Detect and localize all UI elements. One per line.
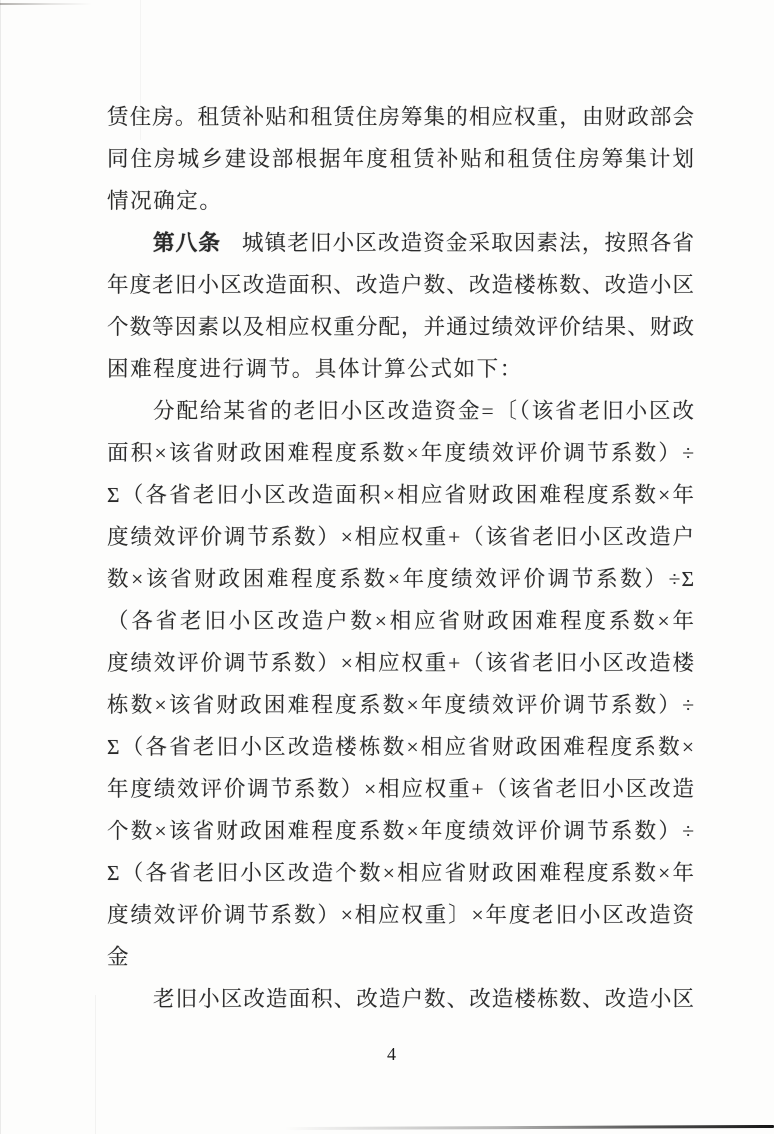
text-line: 困难程度进行调节。具体计算公式如下： <box>107 348 695 390</box>
text-line: 个数等因素以及相应权重分配，并通过绩效评价结果、财政 <box>107 306 695 348</box>
formula-line: 分配给某省的老旧小区改造资金=〔（该省老旧小区改造 <box>107 390 695 432</box>
formula-line: 年度绩效评价调节系数）×相应权重+（该省老旧小区改造 <box>107 768 695 810</box>
document-body: 赁住房。租赁补贴和租赁住房筹集的相应权重，由财政部会 同住房城乡建设部根据年度租… <box>107 96 695 1020</box>
text-line: 年度老旧小区改造面积、改造户数、改造楼栋数、改造小区 <box>107 264 695 306</box>
formula-line: 数×该省财政困难程度系数×年度绩效评价调节系数）÷Σ <box>107 558 695 600</box>
formula-line: （各省老旧小区改造户数×相应省财政困难程度系数×年 <box>107 600 695 642</box>
text-line-article-8: 第八条城镇老旧小区改造资金采取因素法，按照各省 <box>107 222 695 264</box>
page-number: 4 <box>387 1044 396 1065</box>
formula-line: 度绩效评价调节系数）×相应权重〕×年度老旧小区改造资 <box>107 894 695 936</box>
text-line: 赁住房。租赁补贴和租赁住房筹集的相应权重，由财政部会 <box>107 96 695 138</box>
text-line: 同住房城乡建设部根据年度租赁补贴和租赁住房筹集计划 <box>107 138 695 180</box>
formula-line: Σ（各省老旧小区改造面积×相应省财政困难程度系数×年 <box>107 474 695 516</box>
formula-line: 面积×该省财政困难程度系数×年度绩效评价调节系数）÷ <box>107 432 695 474</box>
text-line: 老旧小区改造面积、改造户数、改造楼栋数、改造小区 <box>107 978 695 1020</box>
formula-line: Σ（各省老旧小区改造个数×相应省财政困难程度系数×年 <box>107 852 695 894</box>
scan-shadow-bottom-artifact <box>285 1125 774 1130</box>
formula-line: Σ（各省老旧小区改造楼栋数×相应省财政困难程度系数× <box>107 726 695 768</box>
formula-line: 度绩效评价调节系数）×相应权重+（该省老旧小区改造户 <box>107 516 695 558</box>
scan-edge-top-left-artifact <box>0 3 92 5</box>
formula-line: 个数×该省财政困难程度系数×年度绩效评价调节系数）÷ <box>107 810 695 852</box>
scan-streak-bottom-artifact <box>95 995 96 1134</box>
scan-edge-left-artifact <box>0 0 1 1134</box>
formula-line: 度绩效评价调节系数）×相应权重+（该省老旧小区改造楼 <box>107 642 695 684</box>
formula-line: 金 <box>107 936 695 978</box>
text-line: 情况确定。 <box>107 180 695 222</box>
article-term: 第八条 <box>153 231 221 255</box>
formula-line: 栋数×该省财政困难程度系数×年度绩效评价调节系数）÷ <box>107 684 695 726</box>
article-first-line-text: 城镇老旧小区改造资金采取因素法，按照各省 <box>242 231 695 255</box>
document-page: 赁住房。租赁补贴和租赁住房筹集的相应权重，由财政部会 同住房城乡建设部根据年度租… <box>0 0 774 1134</box>
